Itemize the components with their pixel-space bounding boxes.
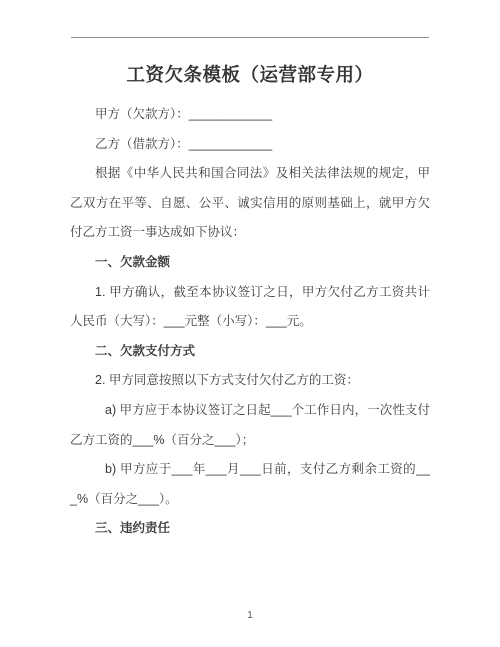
party-a-line: 甲方（欠款方）：____________	[70, 100, 430, 130]
header-rule	[71, 37, 429, 38]
preamble-paragraph: 根据《中华人民共和国合同法》及相关法律法规的规定，甲乙双方在平等、自愿、公平、诚…	[70, 159, 430, 248]
party-b-line: 乙方（借款方）：____________	[70, 130, 430, 160]
page-number: 1	[0, 610, 500, 621]
section-2-item-2b: b) 甲方应于___年___月___日前，支付乙方剩余工资的___%（百分之__…	[70, 455, 430, 514]
section-2-heading: 二、欠款支付方式	[70, 337, 430, 367]
document-title: 工资欠条模板（运营部专用）	[0, 61, 500, 87]
section-2-item-2a: a) 甲方应于本协议签订之日起___个工作日内，一次性支付乙方工资的___%（百…	[70, 396, 430, 455]
document-body: 甲方（欠款方）：____________ 乙方（借款方）：___________…	[70, 100, 430, 544]
section-2-item-2: 2. 甲方同意按照以下方式支付欠付乙方的工资：	[70, 366, 430, 396]
section-3-heading: 三、违约责任	[70, 514, 430, 544]
document-page: 工资欠条模板（运营部专用） 甲方（欠款方）：____________ 乙方（借款…	[0, 0, 500, 647]
section-1-item-1: 1. 甲方确认，截至本协议签订之日，甲方欠付乙方工资共计人民币（大写）：___元…	[70, 278, 430, 337]
section-1-heading: 一、欠款金额	[70, 248, 430, 278]
